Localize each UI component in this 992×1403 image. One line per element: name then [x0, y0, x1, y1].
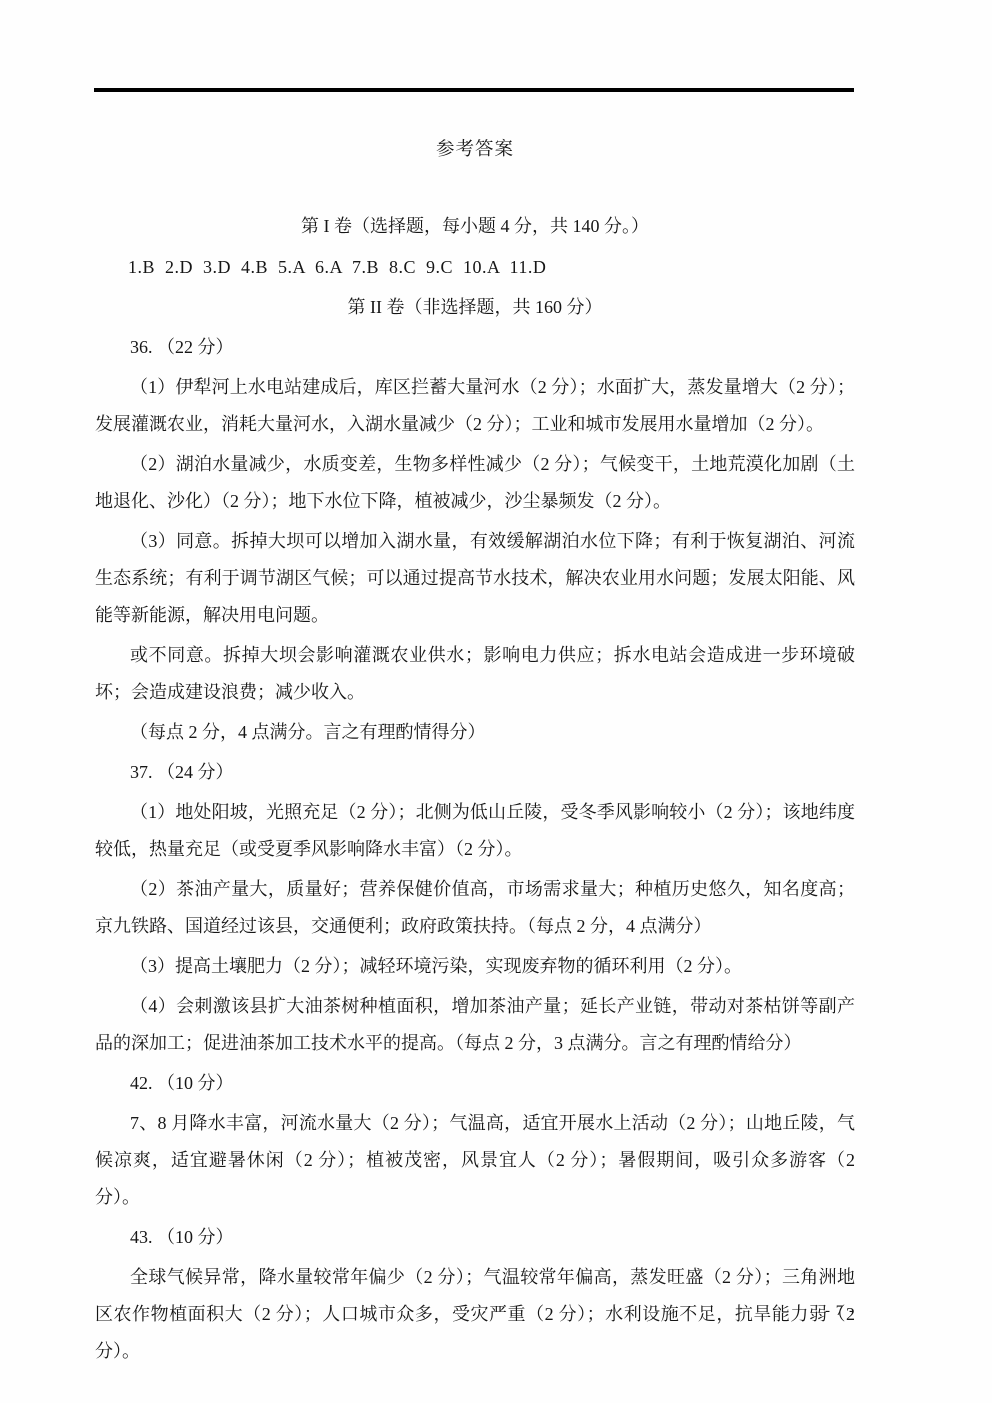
question-36-answer-2: （2）湖泊水量减少，水质变差，生物多样性减少（2 分）；气候变干，土地荒漠化加剧…	[95, 446, 855, 520]
page-title: 参考答案	[95, 132, 855, 169]
question-42-answer: 7、8 月降水丰富，河流水量大（2 分）；气温高，适宜开展水上活动（2 分）；山…	[95, 1105, 855, 1216]
question-37-answer-1: （1）地处阳坡，光照充足（2 分）；北侧为低山丘陵，受冬季风影响较小（2 分）；…	[95, 794, 855, 868]
question-37-answer-4: （4）会刺激该县扩大油茶树种植面积，增加茶油产量；延长产业链，带动对茶枯饼等副产…	[95, 988, 855, 1062]
question-36-label: 36. （22 分）	[95, 329, 855, 366]
page-number: - 7 -	[95, 1300, 855, 1322]
question-36-scoring-note: （每点 2 分，4 点满分。言之有理酌情得分）	[95, 714, 855, 751]
question-36-answer-1: （1）伊犁河上水电站建成后，库区拦蓄大量河水（2 分）；水面扩大，蒸发量增大（2…	[95, 369, 855, 443]
answer-key-page: 参考答案 第 I 卷（选择题，每小题 4 分，共 140 分。） 1.B 2.D…	[0, 0, 992, 1403]
question-36-answer-3: （3）同意。拆掉大坝可以增加入湖水量，有效缓解湖泊水位下降；有利于恢复湖泊、河流…	[95, 523, 855, 634]
document-content: 参考答案 第 I 卷（选择题，每小题 4 分，共 140 分。） 1.B 2.D…	[95, 0, 855, 1370]
question-36-answer-3-alt: 或不同意。拆掉大坝会影响灌溉农业供水；影响电力供应；拆水电站会造成进一步环境破坏…	[95, 637, 855, 711]
question-43-label: 43. （10 分）	[95, 1219, 855, 1256]
question-42-label: 42. （10 分）	[95, 1065, 855, 1102]
question-37-answer-2: （2）茶油产量大，质量好；营养保健价值高，市场需求量大；种植历史悠久，知名度高；…	[95, 871, 855, 945]
part2-heading: 第 II 卷（非选择题，共 160 分）	[95, 289, 855, 326]
question-37-label: 37. （24 分）	[95, 754, 855, 791]
question-37-answer-3: （3）提高土壤肥力（2 分）；减轻环境污染，实现废弃物的循环利用（2 分）。	[95, 948, 855, 985]
multiple-choice-answers: 1.B 2.D 3.D 4.B 5.A 6.A 7.B 8.C 9.C 10.A…	[95, 249, 855, 286]
part1-heading: 第 I 卷（选择题，每小题 4 分，共 140 分。）	[95, 208, 855, 245]
